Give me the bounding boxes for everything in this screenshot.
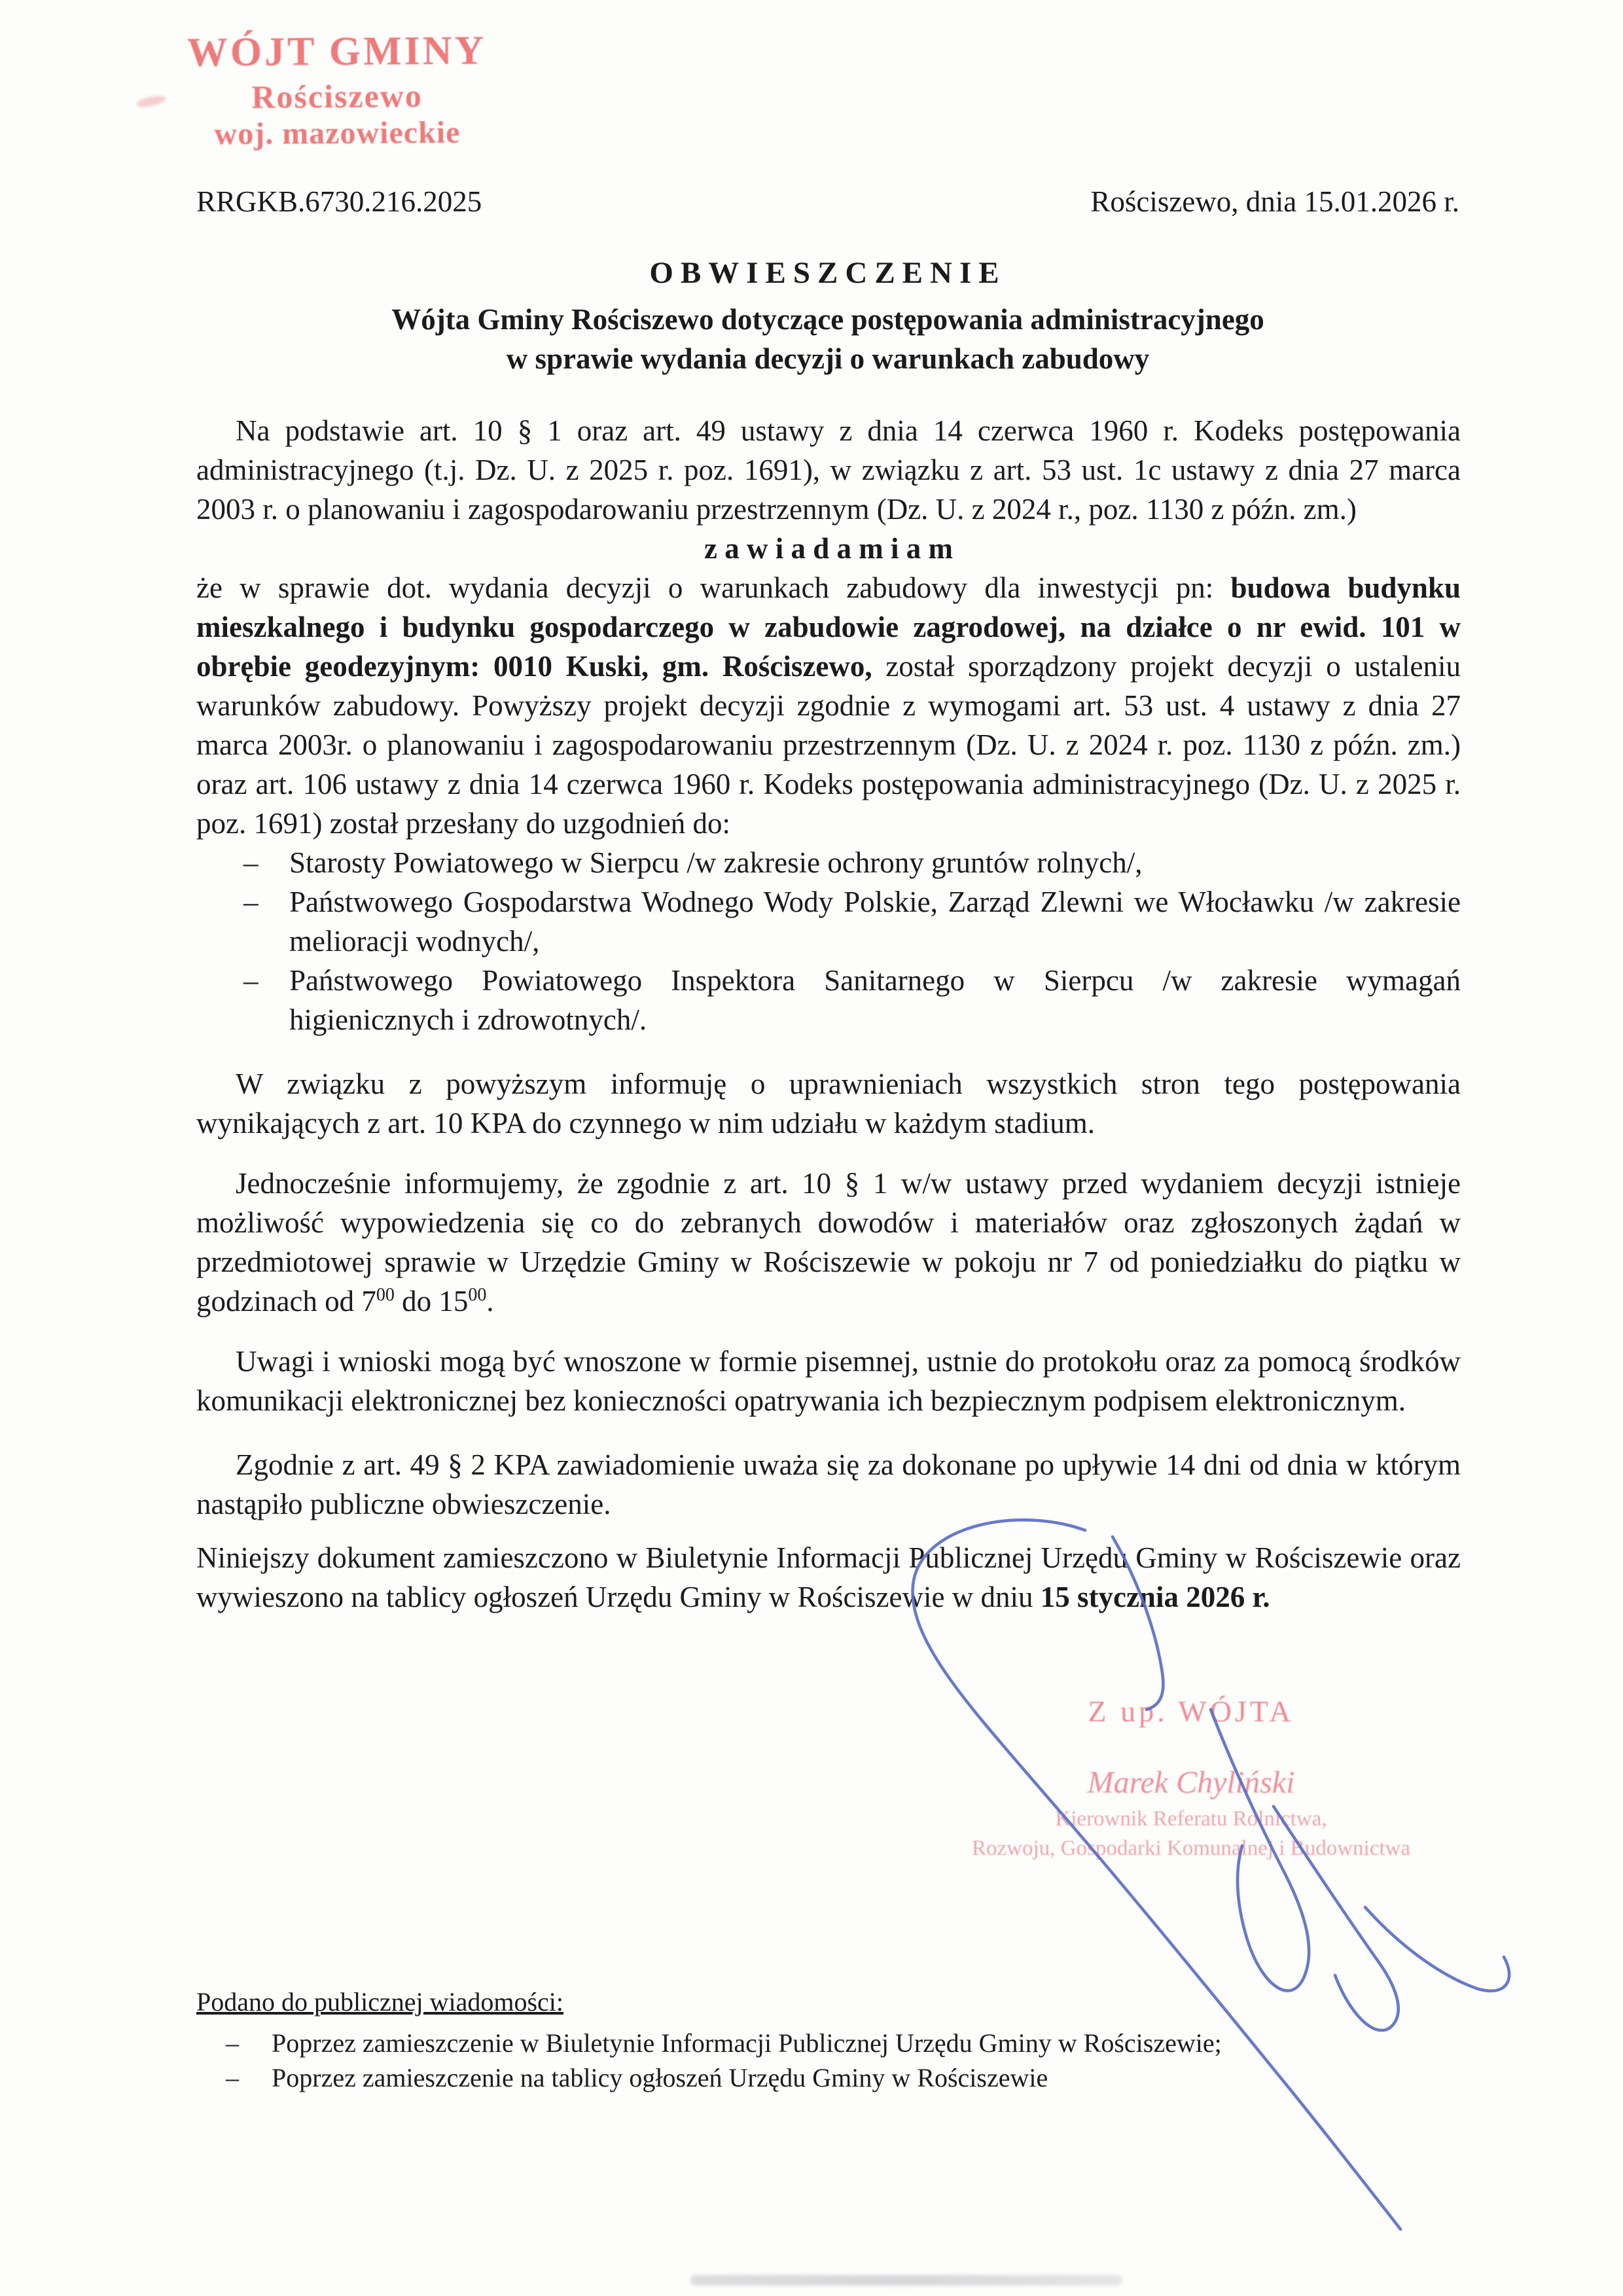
document-body: Na podstawie art. 10 § 1 oraz art. 49 us… [196,411,1461,1617]
footer-list: –Poprzez zamieszczenie w Biuletynie Info… [196,2026,1348,2095]
signatory-role-line2: Rozwoju, Gospodarki Komunalnej i Budowni… [942,1834,1440,1863]
office-hours-sup-close: 00 [468,1285,486,1305]
document-subtitle-line2: w sprawie wydania decyzji o warunkach za… [196,339,1459,378]
list-item-text: Państwowego Gospodarstwa Wodnego Wody Po… [289,886,1461,958]
dash-marker: – [243,961,259,1000]
office-hours-end: . [486,1285,493,1318]
document-page: WÓJT GMINY Rościszewo woj. mazowieckie R… [0,0,1623,2296]
paragraph-rights: W związku z powyższym informuję o uprawn… [196,1064,1461,1143]
signatory-name: Marek Chyliński [942,1765,1440,1801]
scan-smudge [690,2275,1122,2286]
paragraph-legal-basis: Na podstawie art. 10 § 1 oraz art. 49 us… [196,411,1461,529]
paragraph-publication: Niniejszy dokument zamieszczono w Biulet… [196,1538,1461,1617]
list-item-text: Państwowego Powiatowego Inspektora Sanit… [289,964,1461,1036]
paragraph-remarks: Uwagi i wnioski mogą być wnoszone w form… [196,1342,1461,1420]
footer-item-text: Poprzez zamieszczenie w Biuletynie Infor… [272,2028,1222,2058]
reference-row: RRGKB.6730.216.2025 Rościszewo, dnia 15.… [196,185,1459,219]
footer-heading: Podano do publicznej wiadomości: [196,1984,1348,2019]
office-hours-sup-open: 00 [376,1285,395,1305]
list-item-text: Starosty Powiatowego w Sierpcu /w zakres… [289,846,1142,879]
dash-marker: – [243,843,259,882]
signatory-role-line1: Kierownik Referatu Rolnictwa, [942,1804,1440,1834]
office-stamp-line1: WÓJT GMINY [153,30,520,73]
footer-item: –Poprzez zamieszczenie w Biuletynie Info… [196,2026,1348,2060]
paragraph-notice: że w sprawie dot. wydania decyzji o waru… [196,568,1461,843]
signatory-role: Kierownik Referatu Rolnictwa, Rozwoju, G… [942,1804,1440,1863]
title-block: OBWIESZCZENIE Wójta Gminy Rościszewo dot… [196,255,1459,378]
document-title: OBWIESZCZENIE [196,255,1459,291]
signature-authorization: Z up. WÓJTA [942,1694,1440,1729]
paragraph-office-hours: Jednocześnie informujemy, że zgodnie z a… [196,1164,1461,1321]
footer-item-text: Poprzez zamieszczenie na tablicy ogłosze… [272,2063,1048,2092]
reference-number: RRGKB.6730.216.2025 [196,185,482,219]
dash-marker: – [243,882,259,922]
document-subtitle-line1: Wójta Gminy Rościszewo dotyczące postępo… [196,300,1459,339]
list-item: –Starosty Powiatowego w Sierpcu /w zakre… [196,843,1461,882]
agreement-list: –Starosty Powiatowego w Sierpcu /w zakre… [196,843,1461,1039]
dash-marker: – [226,2026,239,2060]
office-stamp: WÓJT GMINY Rościszewo woj. mazowieckie [153,30,520,151]
paragraph-notice-prefix: że w sprawie dot. wydania decyzji o waru… [196,571,1231,604]
office-hours-middle: do 15 [395,1285,469,1318]
footer-publication-note: Podano do publicznej wiadomości: –Poprze… [196,1984,1348,2095]
office-stamp-line3: woj. mazowieckie [154,117,520,151]
list-item: –Państwowego Powiatowego Inspektora Sani… [196,961,1461,1039]
list-item: –Państwowego Gospodarstwa Wodnego Wody P… [196,882,1461,961]
paragraph-deadline: Zgodnie z art. 49 § 2 KPA zawiadomienie … [196,1445,1461,1524]
paragraph-publication-prefix: Niniejszy dokument zamieszczono w Biulet… [196,1541,1461,1613]
keyword-zawiadamiam: z a w i a d a m i a m [196,529,1461,568]
publication-date-bold: 15 stycznia 2026 r. [1041,1581,1270,1613]
dash-marker: – [226,2060,239,2095]
office-stamp-line2: Rościszewo [154,79,520,114]
footer-item: –Poprzez zamieszczenie na tablicy ogłosz… [196,2060,1348,2095]
place-and-date: Rościszewo, dnia 15.01.2026 r. [1090,185,1459,219]
signature-stamp: Z up. WÓJTA Marek Chyliński Kierownik Re… [942,1694,1440,1863]
